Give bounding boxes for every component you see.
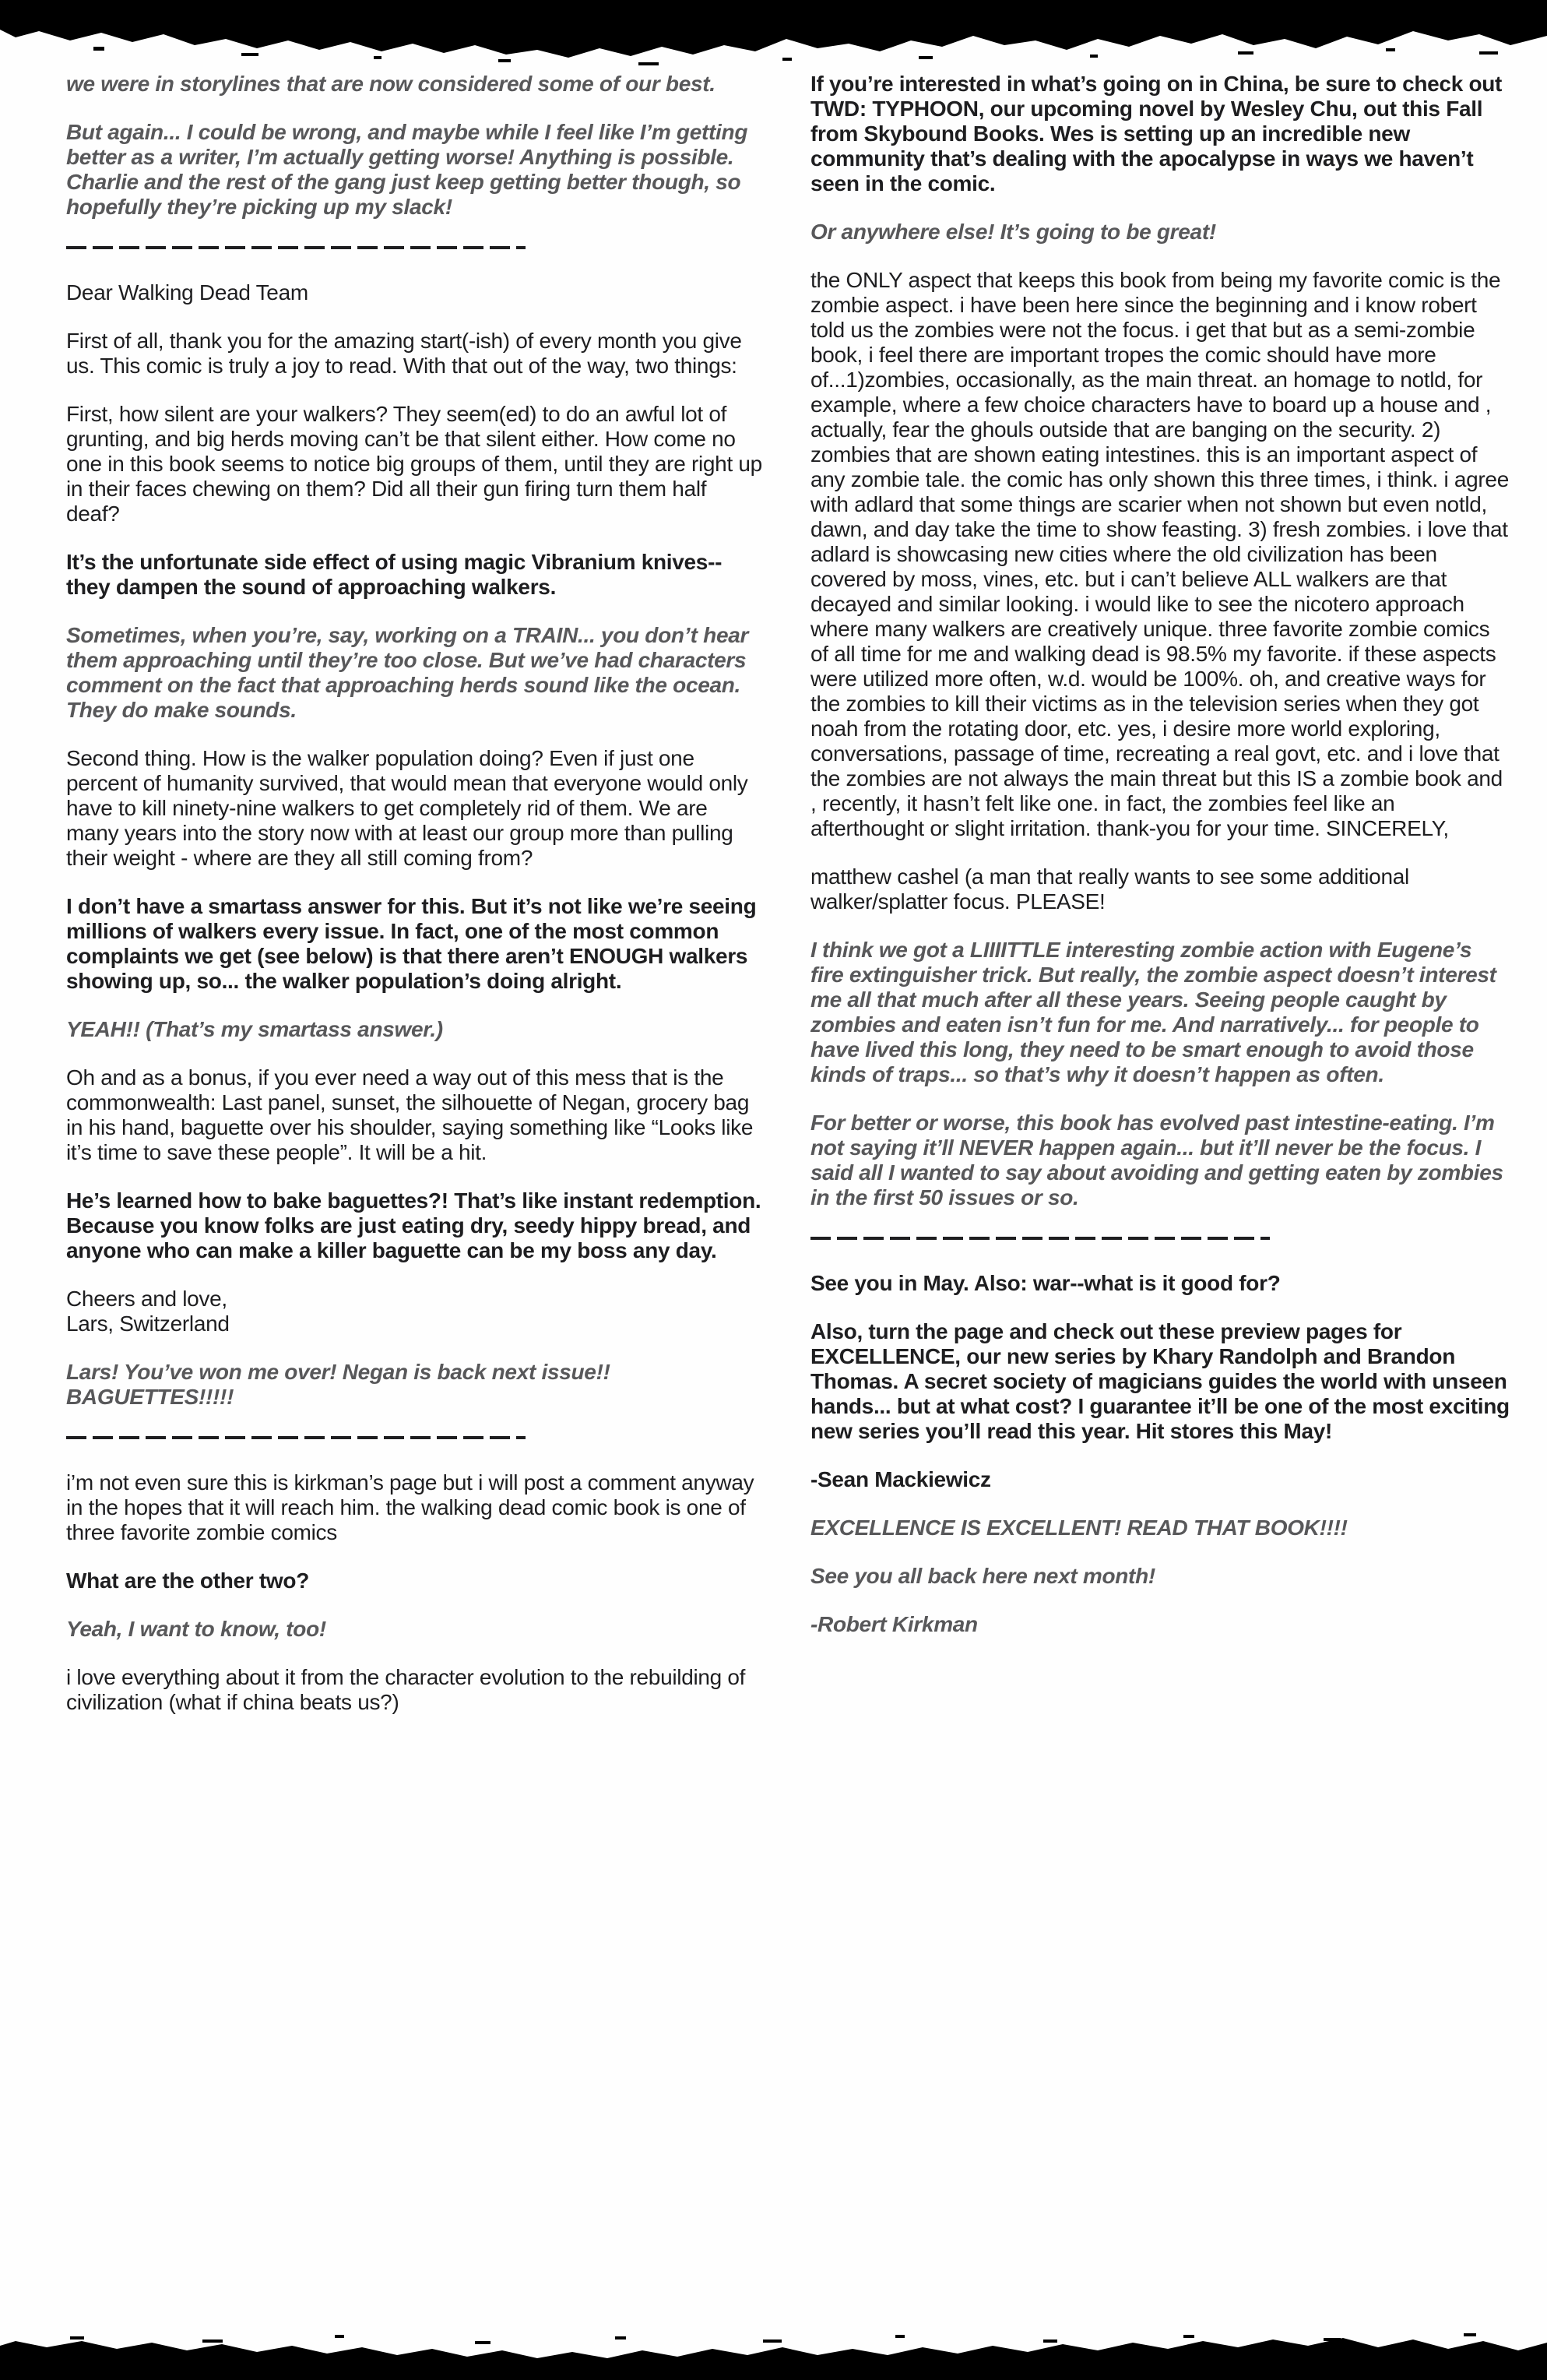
paragraph-editor: It’s the unfortunate side effect of usin… — [66, 550, 765, 600]
section-divider — [810, 1237, 1270, 1240]
left-column: we were in storylines that are now consi… — [66, 72, 765, 1738]
paragraph-kirkman: Lars! You’ve won me over! Negan is back … — [66, 1360, 765, 1410]
paragraph-kirkman: YEAH!! (That’s my smartass answer.) — [66, 1017, 765, 1042]
paragraph-editor: What are the other two? — [66, 1568, 765, 1593]
paragraph-letter: i love everything about it from the char… — [66, 1665, 765, 1715]
paragraph-kirkman: I think we got a LIIIITTLE interesting z… — [810, 938, 1510, 1087]
paragraph-kirkman: For better or worse, this book has evolv… — [810, 1111, 1510, 1210]
paragraph-editor: If you’re interested in what’s going on … — [810, 72, 1510, 196]
right-column: If you’re interested in what’s going on … — [810, 72, 1510, 1738]
paragraph-letter: the ONLY aspect that keeps this book fro… — [810, 268, 1510, 841]
paragraph-letter: Second thing. How is the walker populati… — [66, 746, 765, 871]
paragraph-letter: First, how silent are your walkers? They… — [66, 402, 765, 526]
paragraph-kirkman: See you all back here next month! — [810, 1564, 1510, 1589]
letters-columns: we were in storylines that are now consi… — [66, 72, 1510, 1738]
paragraph-letter: Oh and as a bonus, if you ever need a wa… — [66, 1065, 765, 1165]
paragraph-editor: I don’t have a smartass answer for this.… — [66, 894, 765, 994]
paragraph-letter: i’m not even sure this is kirkman’s page… — [66, 1470, 765, 1545]
paragraph-kirkman: we were in storylines that are now consi… — [66, 72, 765, 97]
paragraph-editor: -Sean Mackiewicz — [810, 1467, 1510, 1492]
paragraph-editor: Also, turn the page and check out these … — [810, 1319, 1510, 1444]
paragraph-editor: See you in May. Also: war--what is it go… — [810, 1271, 1510, 1296]
paragraph-editor: He’s learned how to bake baguettes?! Tha… — [66, 1188, 765, 1263]
paragraph-letter: Dear Walking Dead Team — [66, 280, 765, 305]
paragraph-kirkman: Sometimes, when you’re, say, working on … — [66, 623, 765, 723]
paragraph-kirkman: But again... I could be wrong, and maybe… — [66, 120, 765, 220]
paragraph-kirkman: Or anywhere else! It’s going to be great… — [810, 220, 1510, 245]
bottom-grunge-border — [0, 2319, 1547, 2380]
top-grunge-border — [0, 0, 1547, 72]
paragraph-letter: Cheers and love, Lars, Switzerland — [66, 1287, 765, 1336]
paragraph-letter: matthew cashel (a man that really wants … — [810, 864, 1510, 914]
letters-page: we were in storylines that are now consi… — [0, 0, 1547, 2380]
paragraph-kirkman: -Robert Kirkman — [810, 1612, 1510, 1637]
paragraph-kirkman: Yeah, I want to know, too! — [66, 1617, 765, 1642]
section-divider — [66, 246, 526, 249]
paragraph-kirkman: EXCELLENCE IS EXCELLENT! READ THAT BOOK!… — [810, 1516, 1510, 1540]
paragraph-letter: First of all, thank you for the amazing … — [66, 329, 765, 378]
section-divider — [66, 1436, 526, 1439]
